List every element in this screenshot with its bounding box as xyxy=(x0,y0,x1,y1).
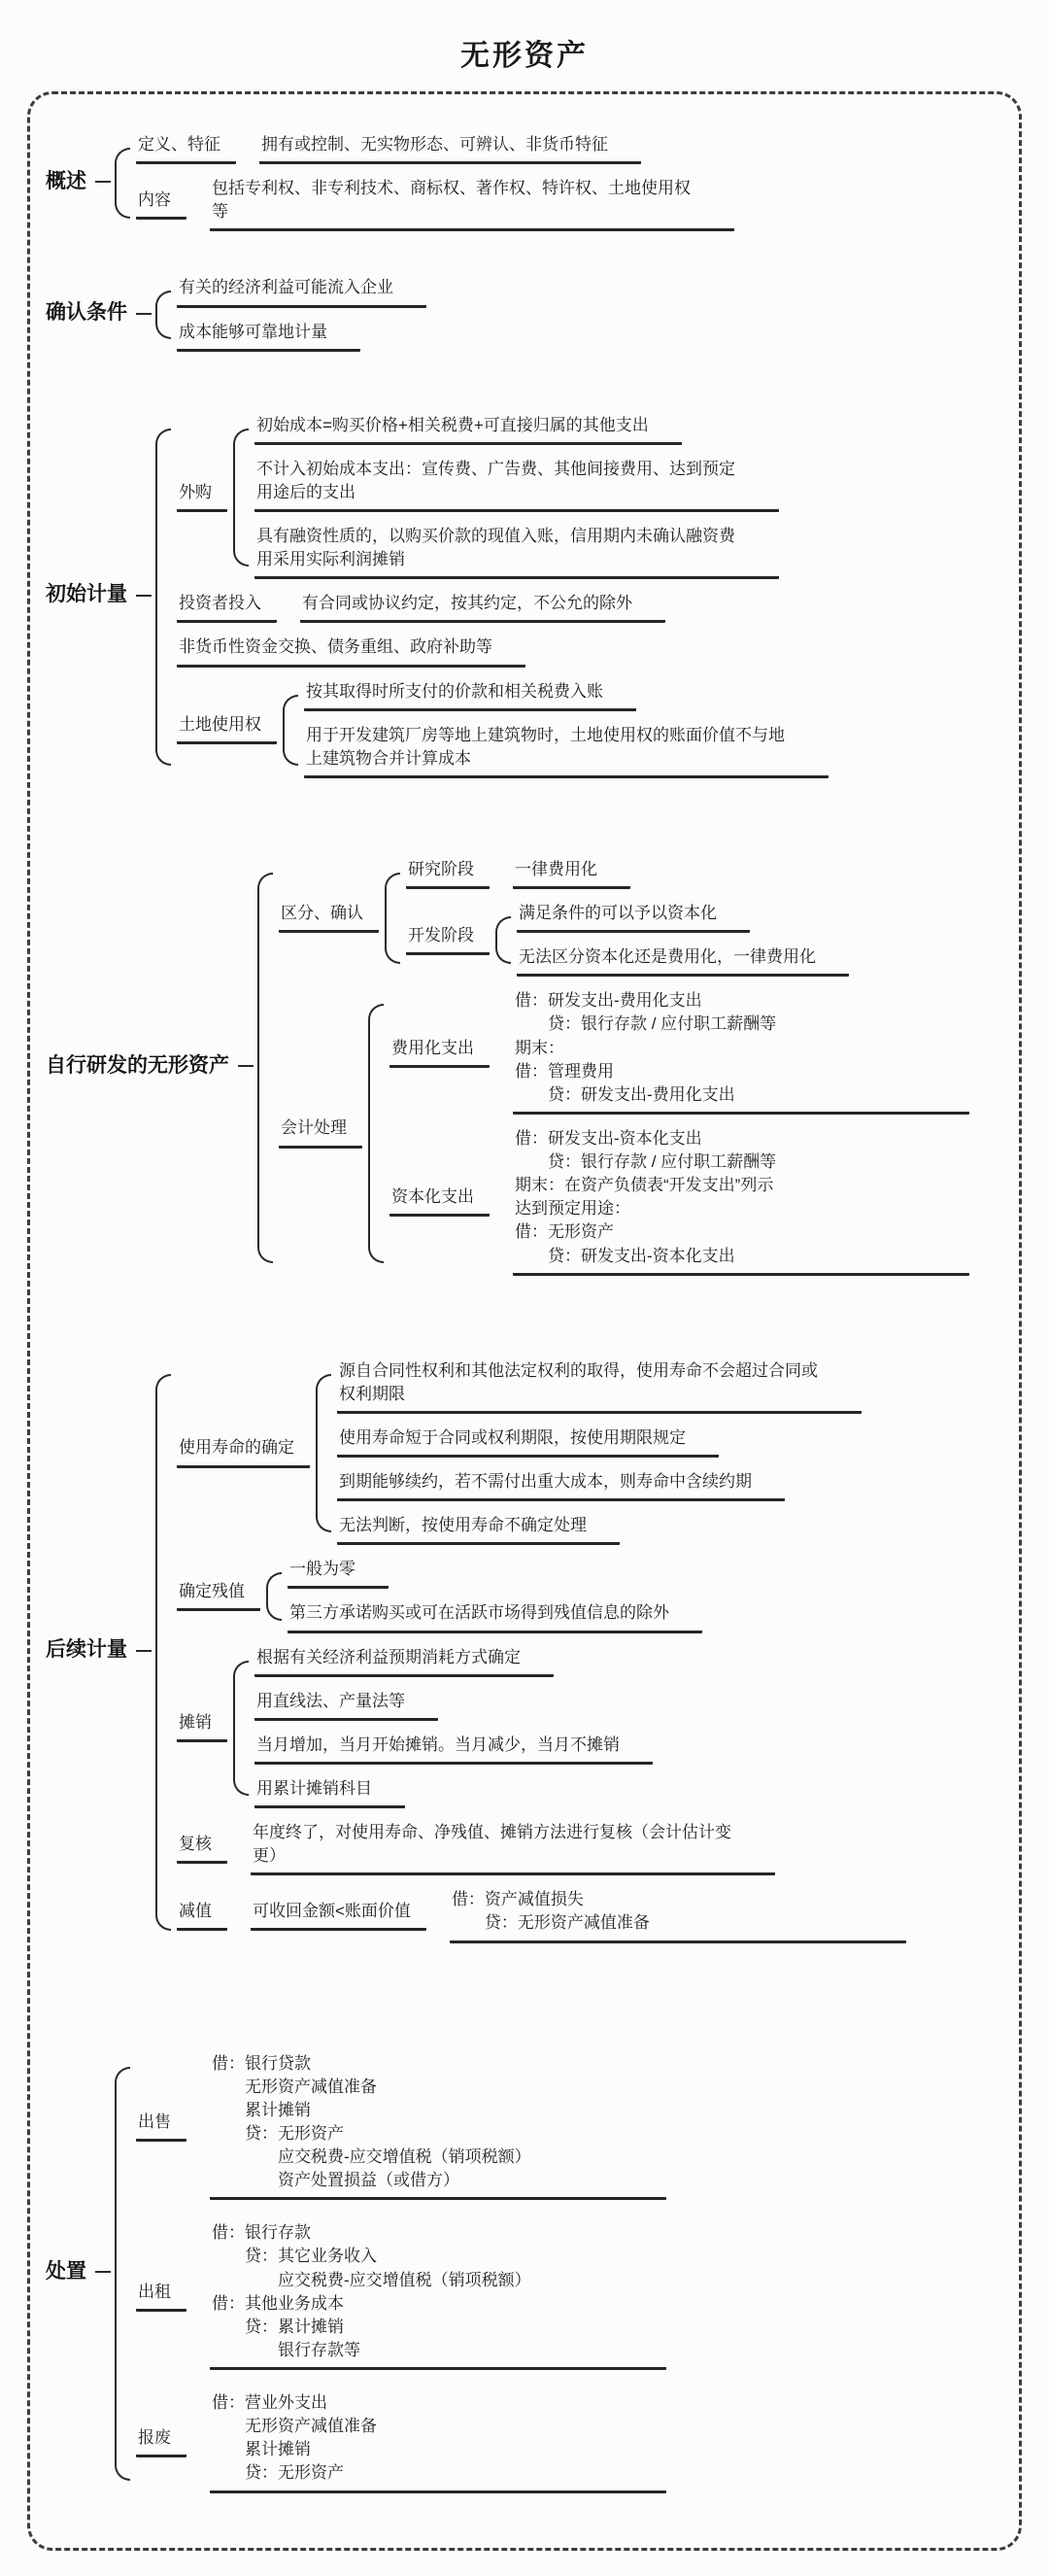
section-overview-label: 概述 xyxy=(44,167,111,198)
section-initial-measurement-label: 初始计量 xyxy=(44,580,152,611)
node-children: 一律费用化 xyxy=(493,858,630,889)
connector-bracket-group: 区分、确认研究阶段一律费用化开发阶段满足条件的可以予以资本化无法区分资本化还是费… xyxy=(255,858,969,1276)
mindmap-node: 区分、确认研究阶段一律费用化开发阶段满足条件的可以予以资本化无法区分资本化还是费… xyxy=(279,858,969,977)
node-text: 初始成本=购买价格+相关税费+可直接归属的其他支出 xyxy=(254,414,682,445)
connector-bracket-group: 初始成本=购买价格+相关税费+可直接归属的其他支出不计入初始成本支出：宣传费、广… xyxy=(231,414,779,580)
node-children: 借：银行贷款 无形资产减值准备 累计摊销 贷：无形资产 应交税费-应交增值税（销… xyxy=(190,2052,666,2201)
mindmap-node: 概述定义、特征拥有或控制、无实物形态、可辨认、非货币特征内容包括专利权、非专利技… xyxy=(44,133,1005,231)
node-text: 用累计摊销科目 xyxy=(254,1777,405,1808)
node-children: 借：营业外支出 无形资产减值准备 累计摊销 贷：无形资产 xyxy=(190,2391,666,2493)
branch-label: 研究阶段 xyxy=(406,858,490,889)
mindmap-board: 概述定义、特征拥有或控制、无实物形态、可辨认、非货币特征内容包括专利权、非专利技… xyxy=(27,91,1022,2551)
connector-bracket-group: 外购初始成本=购买价格+相关税费+可直接归属的其他支出不计入初始成本支出：宣传费… xyxy=(153,414,829,778)
node-text: 非货币性资金交换、债务重组、政府补助等 xyxy=(177,635,525,667)
mindmap-node: 源自合同性权利和其他法定权利的取得，使用寿命不会超过合同或权利期限 xyxy=(337,1359,862,1414)
node-children: 包括专利权、非专利技术、商标权、著作权、特许权、土地使用权等 xyxy=(190,177,734,231)
mindmap-node: 会计处理费用化支出借：研发支出-费用化支出 贷：银行存款 / 应付职工薪酬等 期… xyxy=(279,989,969,1275)
branch-label: 费用化支出 xyxy=(389,1037,490,1068)
mindmap-node: 开发阶段满足条件的可以予以资本化无法区分资本化还是费用化，一律费用化 xyxy=(406,902,849,977)
branch-label: 内容 xyxy=(136,189,186,220)
mindmap-node: 借：银行贷款 无形资产减值准备 累计摊销 贷：无形资产 应交税费-应交增值税（销… xyxy=(210,2052,666,2201)
branch-label: 区分、确认 xyxy=(279,902,379,933)
branch-label: 出售 xyxy=(136,2111,186,2142)
mindmap-node: 土地使用权按其取得时所支付的价款和相关税费入账用于开发建筑厂房等地上建筑物时，土… xyxy=(177,680,829,778)
node-children: 可收回金额<账面价值借：资产减值损失 贷：无形资产减值准备 xyxy=(231,1888,906,1942)
mindmap-node: 确认条件有关的经济利益可能流入企业成本能够可靠地计量 xyxy=(44,276,1005,351)
mindmap-node: 满足条件的可以予以资本化 xyxy=(517,902,849,933)
branch-label: 复核 xyxy=(177,1833,227,1864)
connector-bracket-group: 费用化支出借：研发支出-费用化支出 贷：银行存款 / 应付职工薪酬等 期末： 借… xyxy=(366,989,969,1275)
section-subsequent-measurement-label: 后续计量 xyxy=(44,1635,152,1666)
mindmap-node: 年度终了，对使用寿命、净残值、摊销方法进行复核（会计估计变更） xyxy=(251,1821,775,1875)
mindmap-node: 出租借：银行存款 贷：其它业务收入 应交税费-应交增值税（销项税额） 借：其他业… xyxy=(136,2221,666,2370)
node-text: 借：研发支出-费用化支出 贷：银行存款 / 应付职工薪酬等 期末： 借：管理费用… xyxy=(513,989,969,1115)
mindmap-node: 非货币性资金交换、债务重组、政府补助等 xyxy=(177,635,829,667)
branch-label: 可收回金额<账面价值 xyxy=(251,1900,426,1931)
node-text: 一般为零 xyxy=(288,1558,389,1589)
node-text: 源自合同性权利和其他法定权利的取得，使用寿命不会超过合同或权利期限 xyxy=(337,1359,862,1414)
mindmap-node: 第三方承诺购买或可在活跃市场得到残值信息的除外 xyxy=(288,1601,702,1632)
mindmap-node: 减值可收回金额<账面价值借：资产减值损失 贷：无形资产减值准备 xyxy=(177,1888,906,1942)
branch-label: 报废 xyxy=(136,2426,186,2457)
connector-bracket-group: 有关的经济利益可能流入企业成本能够可靠地计量 xyxy=(153,276,426,351)
mindmap-node: 用直线法、产量法等 xyxy=(254,1690,653,1721)
branch-label: 土地使用权 xyxy=(177,713,277,744)
mindmap-node: 借：研发支出-资本化支出 贷：银行存款 / 应付职工薪酬等 期末：在资产负债表“… xyxy=(513,1127,969,1276)
section-disposal-label: 处置 xyxy=(44,2257,111,2288)
node-text: 用于开发建筑厂房等地上建筑物时，土地使用权的账面价值不与地上建筑物合并计算成本 xyxy=(304,724,829,778)
mindmap-node: 成本能够可靠地计量 xyxy=(177,321,426,352)
mindmap-node: 借：银行存款 贷：其它业务收入 应交税费-应交增值税（销项税额） 借：其他业务成… xyxy=(210,2221,666,2370)
node-children: 拥有或控制、无实物形态、可辨认、非货币特征 xyxy=(240,133,641,164)
connector-bracket-group: 使用寿命的确定源自合同性权利和其他法定权利的取得，使用寿命不会超过合同或权利期限… xyxy=(153,1359,906,1943)
mindmap-node: 一律费用化 xyxy=(513,858,630,889)
branch-label: 资本化支出 xyxy=(389,1185,490,1217)
mindmap-node: 包括专利权、非专利技术、商标权、著作权、特许权、土地使用权等 xyxy=(210,177,734,231)
mindmap-node: 初始计量外购初始成本=购买价格+相关税费+可直接归属的其他支出不计入初始成本支出… xyxy=(44,414,1005,778)
mindmap: 概述定义、特征拥有或控制、无实物形态、可辨认、非货币特征内容包括专利权、非专利技… xyxy=(44,133,1005,2493)
mindmap-node: 费用化支出借：研发支出-费用化支出 贷：银行存款 / 应付职工薪酬等 期末： 借… xyxy=(389,989,969,1115)
mindmap-node: 无法判断，按使用寿命不确定处理 xyxy=(337,1514,862,1545)
section-recognition-criteria-label: 确认条件 xyxy=(44,298,152,329)
node-text: 无法区分资本化还是费用化，一律费用化 xyxy=(517,945,849,977)
branch-label: 定义、特征 xyxy=(136,133,236,164)
node-text: 有关的经济利益可能流入企业 xyxy=(177,276,426,307)
mindmap-node: 当月增加，当月开始摊销。当月减少，当月不摊销 xyxy=(254,1734,653,1765)
mindmap-node: 自行研发的无形资产区分、确认研究阶段一律费用化开发阶段满足条件的可以予以资本化无… xyxy=(44,858,1005,1276)
connector-bracket-group: 出售借：银行贷款 无形资产减值准备 累计摊销 贷：无形资产 应交税费-应交增值税… xyxy=(113,2052,666,2493)
node-text: 借：银行存款 贷：其它业务收入 应交税费-应交增值税（销项税额） 借：其他业务成… xyxy=(210,2221,666,2370)
node-children: 年度终了，对使用寿命、净残值、摊销方法进行复核（会计估计变更） xyxy=(231,1821,775,1875)
mindmap-node: 根据有关经济利益预期消耗方式确定 xyxy=(254,1646,653,1677)
connector-bracket-group: 根据有关经济利益预期消耗方式确定用直线法、产量法等当月增加，当月开始摊销。当月减… xyxy=(231,1646,653,1809)
branch-label: 外购 xyxy=(177,481,227,512)
mindmap-node: 摊销根据有关经济利益预期消耗方式确定用直线法、产量法等当月增加，当月开始摊销。当… xyxy=(177,1646,906,1809)
connector-bracket-group: 研究阶段一律费用化开发阶段满足条件的可以予以资本化无法区分资本化还是费用化，一律… xyxy=(383,858,849,977)
mindmap-node: 处置出售借：银行贷款 无形资产减值准备 累计摊销 贷：无形资产 应交税费-应交增… xyxy=(44,2052,1005,2493)
node-text: 到期能够续约，若不需付出重大成本，则寿命中含续约期 xyxy=(337,1470,785,1501)
node-text: 拥有或控制、无实物形态、可辨认、非货币特征 xyxy=(259,133,641,164)
mindmap-node: 复核年度终了，对使用寿命、净残值、摊销方法进行复核（会计估计变更） xyxy=(177,1821,906,1875)
mindmap-node: 无法区分资本化还是费用化，一律费用化 xyxy=(517,945,849,977)
node-text: 满足条件的可以予以资本化 xyxy=(517,902,750,933)
branch-label: 使用寿命的确定 xyxy=(177,1436,310,1467)
node-text: 使用寿命短于合同或权利期限，按使用期限规定 xyxy=(337,1426,719,1458)
node-text: 年度终了，对使用寿命、净残值、摊销方法进行复核（会计估计变更） xyxy=(251,1821,775,1875)
mindmap-node: 具有融资性质的，以购买价款的现值入账，信用期内未确认融资费用采用实际利润摊销 xyxy=(254,525,779,579)
connector-bracket-group: 按其取得时所支付的价款和相关税费入账用于开发建筑厂房等地上建筑物时，土地使用权的… xyxy=(281,680,829,778)
mindmap-node: 定义、特征拥有或控制、无实物形态、可辨认、非货币特征 xyxy=(136,133,734,164)
mindmap-node: 内容包括专利权、非专利技术、商标权、著作权、特许权、土地使用权等 xyxy=(136,177,734,231)
mindmap-node: 用于开发建筑厂房等地上建筑物时，土地使用权的账面价值不与地上建筑物合并计算成本 xyxy=(304,724,829,778)
mindmap-node: 有关的经济利益可能流入企业 xyxy=(177,276,426,307)
mindmap-node: 有合同或协议约定，按其约定，不公允的除外 xyxy=(300,592,665,623)
branch-label: 会计处理 xyxy=(279,1116,362,1148)
branch-label: 确定残值 xyxy=(177,1580,260,1611)
node-text: 借：资产减值损失 贷：无形资产减值准备 xyxy=(450,1888,906,1942)
node-children: 有合同或协议约定，按其约定，不公允的除外 xyxy=(281,592,665,623)
mindmap-node: 初始成本=购买价格+相关税费+可直接归属的其他支出 xyxy=(254,414,779,445)
mindmap-node: 到期能够续约，若不需付出重大成本，则寿命中含续约期 xyxy=(337,1470,862,1501)
node-text: 当月增加，当月开始摊销。当月减少，当月不摊销 xyxy=(254,1734,653,1765)
mindmap-node: 借：研发支出-费用化支出 贷：银行存款 / 应付职工薪酬等 期末： 借：管理费用… xyxy=(513,989,969,1115)
mindmap-node: 按其取得时所支付的价款和相关税费入账 xyxy=(304,680,829,711)
mindmap-node: 确定残值一般为零第三方承诺购买或可在活跃市场得到残值信息的除外 xyxy=(177,1558,906,1632)
mindmap-node: 用累计摊销科目 xyxy=(254,1777,653,1808)
mindmap-node: 报废借：营业外支出 无形资产减值准备 累计摊销 贷：无形资产 xyxy=(136,2391,666,2493)
connector-bracket-group: 定义、特征拥有或控制、无实物形态、可辨认、非货币特征内容包括专利权、非专利技术、… xyxy=(113,133,734,231)
node-children: 借：资产减值损失 贷：无形资产减值准备 xyxy=(430,1888,906,1942)
node-text: 无法判断，按使用寿命不确定处理 xyxy=(337,1514,620,1545)
mindmap-node: 研究阶段一律费用化 xyxy=(406,858,849,889)
node-children: 借：研发支出-费用化支出 贷：银行存款 / 应付职工薪酬等 期末： 借：管理费用… xyxy=(493,989,969,1115)
mindmap-node: 可收回金额<账面价值借：资产减值损失 贷：无形资产减值准备 xyxy=(251,1888,906,1942)
node-text: 具有融资性质的，以购买价款的现值入账，信用期内未确认融资费用采用实际利润摊销 xyxy=(254,525,779,579)
node-text: 有合同或协议约定，按其约定，不公允的除外 xyxy=(300,592,665,623)
mindmap-node: 拥有或控制、无实物形态、可辨认、非货币特征 xyxy=(259,133,641,164)
node-text: 不计入初始成本支出：宣传费、广告费、其他间接费用、达到预定用途后的支出 xyxy=(254,458,779,512)
branch-label: 出租 xyxy=(136,2281,186,2312)
branch-label: 减值 xyxy=(177,1900,227,1931)
mindmap-node: 使用寿命的确定源自合同性权利和其他法定权利的取得，使用寿命不会超过合同或权利期限… xyxy=(177,1359,906,1546)
node-text: 借：银行贷款 无形资产减值准备 累计摊销 贷：无形资产 应交税费-应交增值税（销… xyxy=(210,2052,666,2201)
mindmap-node: 使用寿命短于合同或权利期限，按使用期限规定 xyxy=(337,1426,862,1458)
node-text: 根据有关经济利益预期消耗方式确定 xyxy=(254,1646,554,1677)
node-children: 借：银行存款 贷：其它业务收入 应交税费-应交增值税（销项税额） 借：其他业务成… xyxy=(190,2221,666,2370)
mindmap-page: 无形资产 概述定义、特征拥有或控制、无实物形态、可辨认、非货币特征内容包括专利权… xyxy=(0,0,1049,2576)
mindmap-node: 资本化支出借：研发支出-资本化支出 贷：银行存款 / 应付职工薪酬等 期末：在资… xyxy=(389,1127,969,1276)
branch-label: 投资者投入 xyxy=(177,592,277,623)
mindmap-node: 后续计量使用寿命的确定源自合同性权利和其他法定权利的取得，使用寿命不会超过合同或… xyxy=(44,1359,1005,1943)
section-self-developed-intangibles-label: 自行研发的无形资产 xyxy=(44,1051,254,1082)
mindmap-node: 借：资产减值损失 贷：无形资产减值准备 xyxy=(450,1888,906,1942)
connector-bracket-group: 源自合同性权利和其他法定权利的取得，使用寿命不会超过合同或权利期限使用寿命短于合… xyxy=(314,1359,862,1546)
node-text: 第三方承诺购买或可在活跃市场得到残值信息的除外 xyxy=(288,1601,702,1632)
mindmap-node: 出售借：银行贷款 无形资产减值准备 累计摊销 贷：无形资产 应交税费-应交增值税… xyxy=(136,2052,666,2201)
mindmap-node: 借：营业外支出 无形资产减值准备 累计摊销 贷：无形资产 xyxy=(210,2391,666,2493)
mindmap-node: 一般为零 xyxy=(288,1558,702,1589)
node-text: 按其取得时所支付的价款和相关税费入账 xyxy=(304,680,636,711)
branch-label: 开发阶段 xyxy=(406,924,490,955)
node-text: 借：研发支出-资本化支出 贷：银行存款 / 应付职工薪酬等 期末：在资产负债表“… xyxy=(513,1127,969,1276)
node-text: 成本能够可靠地计量 xyxy=(177,321,360,352)
node-text: 包括专利权、非专利技术、商标权、著作权、特许权、土地使用权等 xyxy=(210,177,734,231)
mindmap-node: 外购初始成本=购买价格+相关税费+可直接归属的其他支出不计入初始成本支出：宣传费… xyxy=(177,414,829,580)
node-text: 一律费用化 xyxy=(513,858,630,889)
node-text: 用直线法、产量法等 xyxy=(254,1690,438,1721)
mindmap-node: 投资者投入有合同或协议约定，按其约定，不公允的除外 xyxy=(177,592,829,623)
branch-label: 摊销 xyxy=(177,1711,227,1742)
connector-bracket-group: 满足条件的可以予以资本化无法区分资本化还是费用化，一律费用化 xyxy=(493,902,849,977)
node-children: 借：研发支出-资本化支出 贷：银行存款 / 应付职工薪酬等 期末：在资产负债表“… xyxy=(493,1127,969,1276)
page-title: 无形资产 xyxy=(0,31,1049,74)
node-text: 借：营业外支出 无形资产减值准备 累计摊销 贷：无形资产 xyxy=(210,2391,666,2493)
connector-bracket-group: 一般为零第三方承诺购买或可在活跃市场得到残值信息的除外 xyxy=(264,1558,702,1632)
mindmap-node: 不计入初始成本支出：宣传费、广告费、其他间接费用、达到预定用途后的支出 xyxy=(254,458,779,512)
